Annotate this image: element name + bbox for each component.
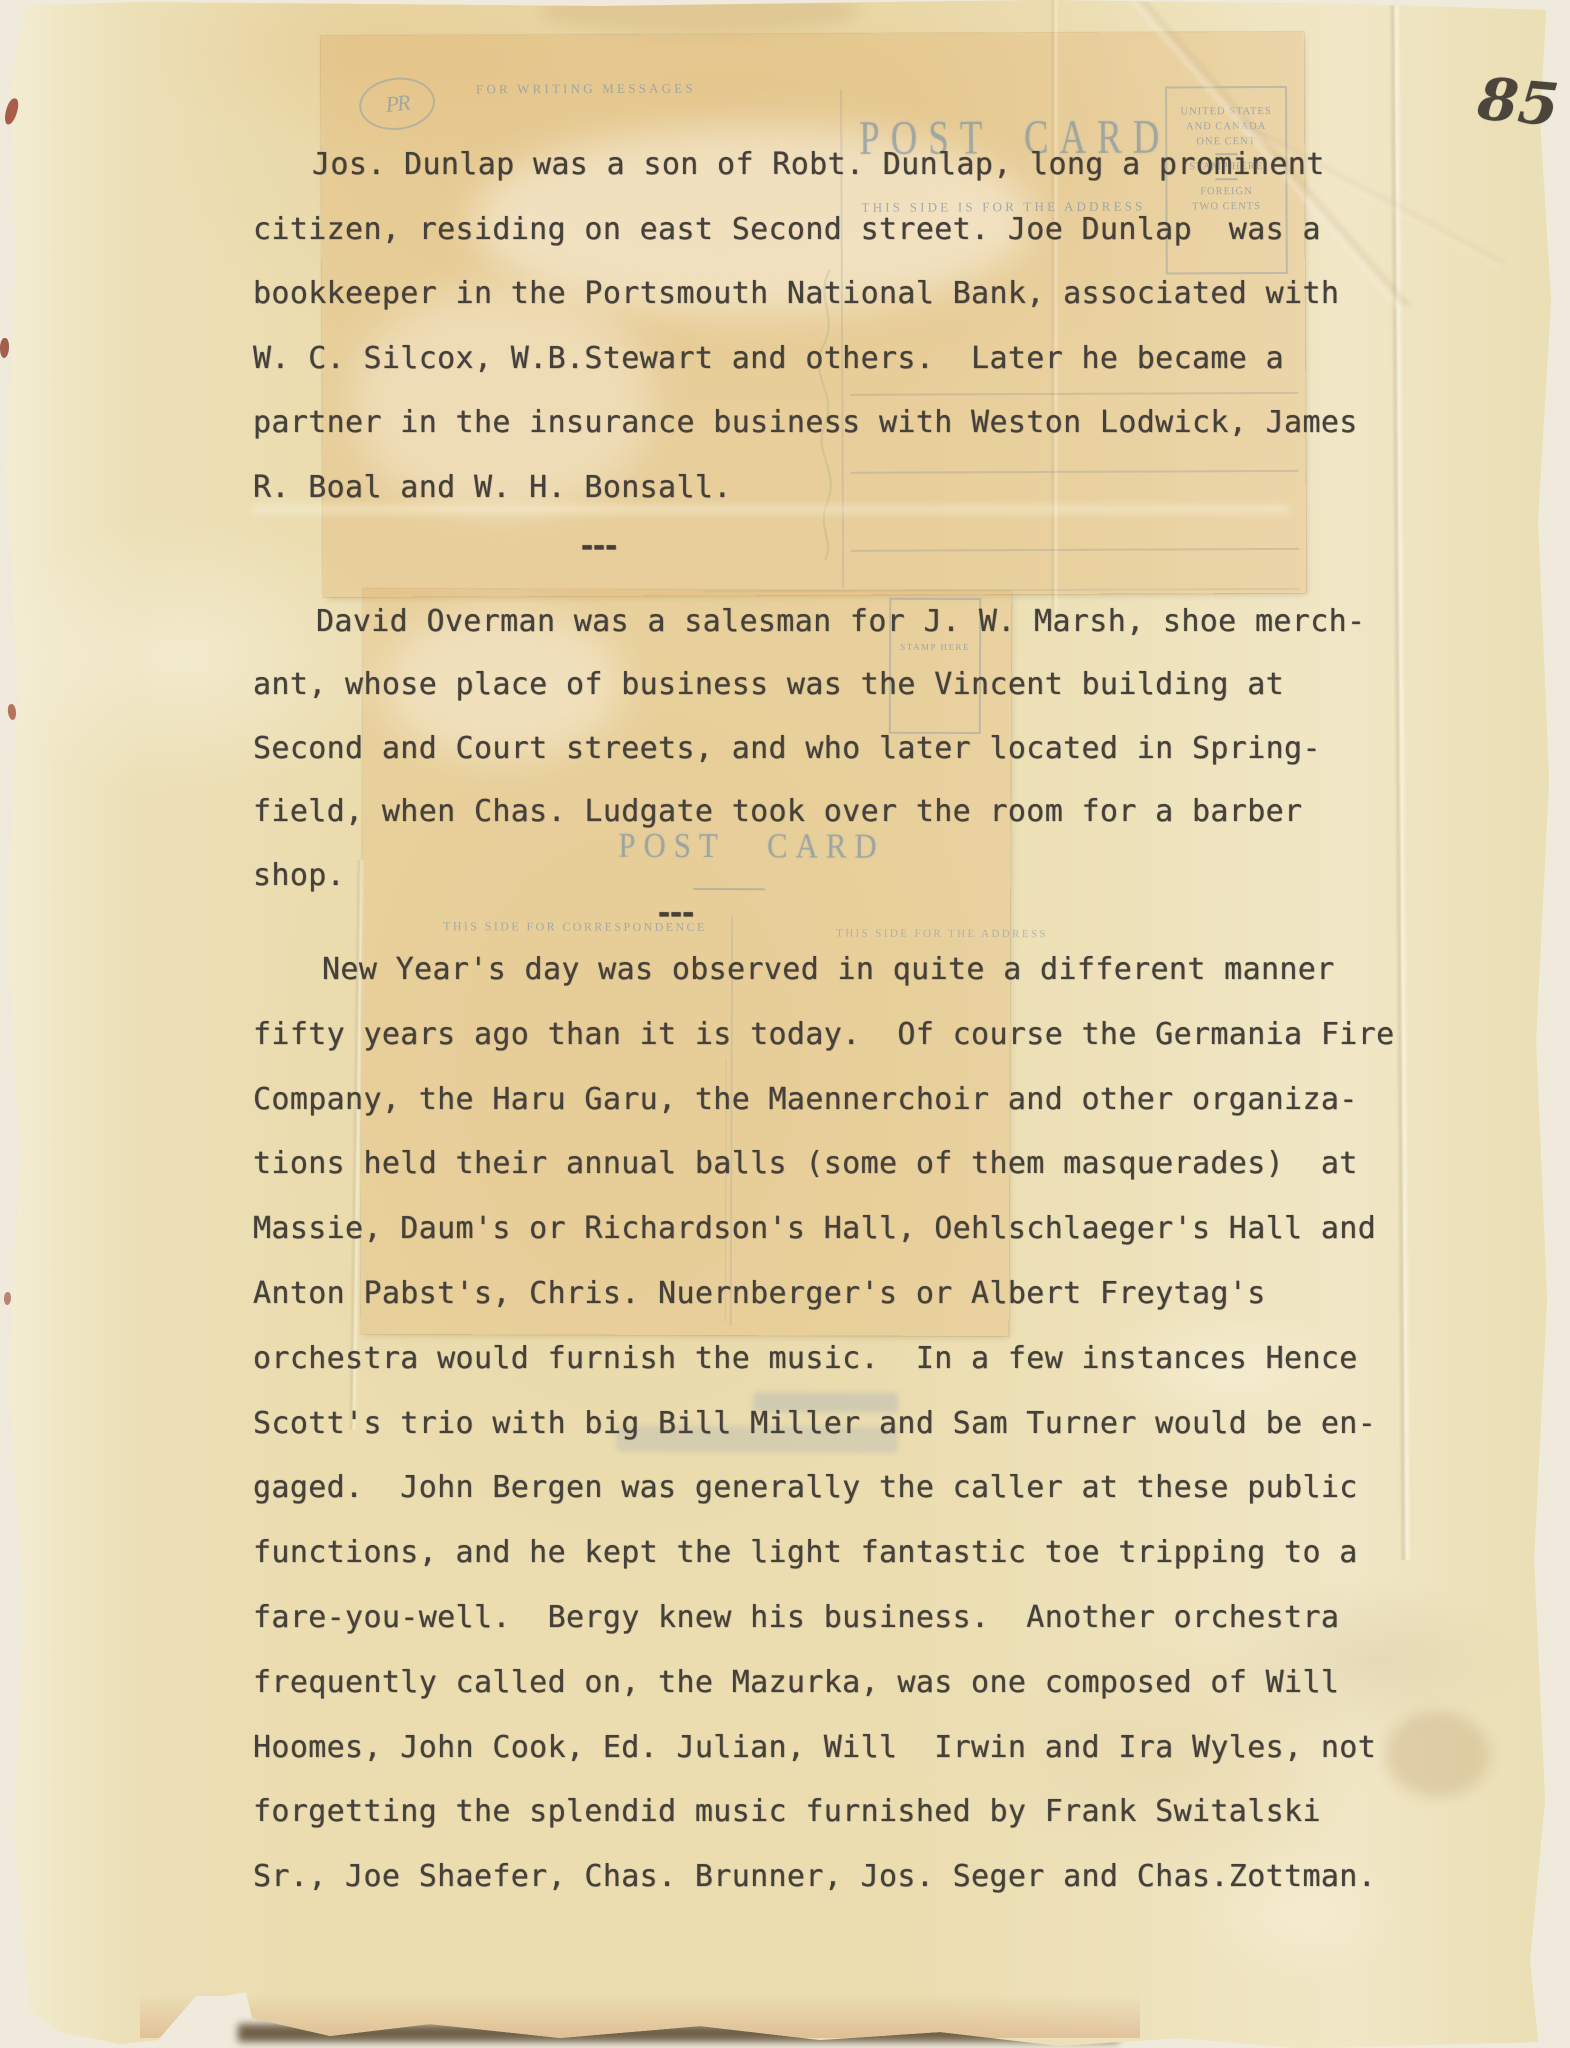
typed-section-separator: ---: [655, 899, 691, 929]
stamp-box-text: FOREIGN: [1167, 184, 1285, 200]
postcard-title: POST CARD: [618, 826, 884, 867]
typed-line: New Year's day was observed in quite a d…: [322, 955, 1335, 985]
typed-line: gaged. John Bergen was generally the cal…: [253, 1473, 1358, 1503]
typed-line: Sr., Joe Shaefer, Chas. Brunner, Jos. Se…: [253, 1862, 1376, 1892]
stamp-box-text: STAMP HERE: [891, 640, 979, 655]
red-edge-speck: [4, 1292, 11, 1305]
typed-line: fare-you-well. Bergy knew his business. …: [253, 1603, 1339, 1633]
typed-line: shop.: [253, 861, 345, 891]
stamp-box-text: AND CANADA: [1167, 119, 1285, 135]
typed-line: forgetting the splendid music furnished …: [253, 1797, 1321, 1827]
stain: [1385, 1712, 1490, 1797]
publisher-monogram-logo: PR: [356, 74, 437, 134]
crease-highlight: [250, 505, 1290, 514]
typed-line: Anton Pabst's, Chris. Nuernberger's or A…: [253, 1279, 1266, 1309]
typed-line: R. Boal and W. H. Bonsall.: [253, 473, 732, 503]
typed-line: citizen, residing on east Second street.…: [253, 215, 1321, 245]
typed-line: Massie, Daum's or Richardson's Hall, Oeh…: [253, 1214, 1376, 1244]
title-underline: [693, 888, 765, 890]
address-rule-line: [850, 392, 1298, 395]
typed-line: orchestra would furnish the music. In a …: [253, 1344, 1358, 1374]
address-rule-line: [851, 470, 1299, 473]
typed-line: fifty years ago than it is today. Of cou…: [253, 1020, 1395, 1050]
scanned-document-page: PR FOR WRITING MESSAGES POST CARD THIS S…: [0, 0, 1570, 2048]
typed-line: W. C. Silcox, W.B.Stewart and others. La…: [253, 344, 1284, 374]
typed-line: field, when Chas. Ludgate took over the …: [253, 797, 1302, 827]
monogram-letters: PR: [384, 90, 410, 118]
writing-note-label: FOR WRITING MESSAGES: [476, 81, 696, 98]
typed-line: frequently called on, the Mazurka, was o…: [253, 1668, 1339, 1698]
typed-line: ant, whose place of business was the Vin…: [253, 670, 1284, 700]
typed-line: functions, and he kept the light fantast…: [253, 1538, 1358, 1568]
typed-line: Scott's trio with big Bill Miller and Sa…: [253, 1409, 1376, 1439]
red-edge-speck: [0, 338, 9, 358]
typed-line: Hoomes, John Cook, Ed. Julian, Will Irwi…: [253, 1733, 1376, 1763]
typed-line: bookkeeper in the Portsmouth National Ba…: [253, 279, 1339, 309]
typed-line: Company, the Haru Garu, the Maennerchoir…: [253, 1085, 1358, 1115]
typed-line: partner in the insurance business with W…: [253, 408, 1358, 438]
paper-sheet: PR FOR WRITING MESSAGES POST CARD THIS S…: [0, 0, 1570, 2048]
red-edge-speck: [7, 703, 18, 720]
address-note-label: THIS SIDE FOR THE ADDRESS: [836, 928, 1048, 941]
typed-line: David Overman was a salesman for J. W. M…: [316, 607, 1365, 637]
typed-section-separator: ---: [578, 532, 614, 562]
typed-line: Second and Court streets, and who later …: [253, 734, 1321, 764]
stain: [540, 0, 860, 34]
typed-line: Jos. Dunlap was a son of Robt. Dunlap, l…: [312, 150, 1325, 180]
typed-line: tions held their annual balls (some of t…: [253, 1149, 1358, 1179]
address-rule-line: [851, 548, 1299, 551]
handwritten-page-number: 85: [1475, 65, 1561, 140]
